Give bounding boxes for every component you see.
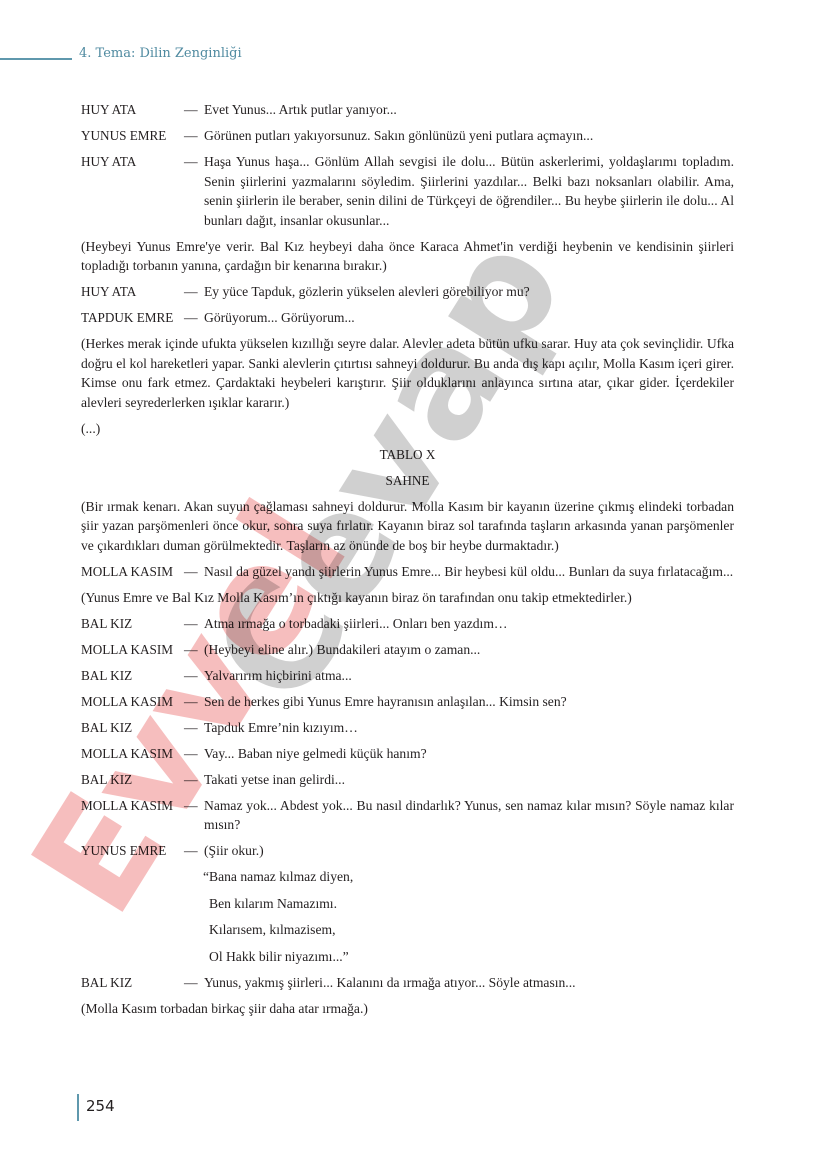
dialogue-text: Haşa Yunus haşa... Gönlüm Allah sevgisi …: [204, 152, 734, 230]
dialogue-text: Vay... Baban niye gelmedi küçük hanım?: [204, 744, 734, 764]
stage-direction: (Heybeyi Yunus Emre'ye verir. Bal Kız he…: [81, 237, 734, 276]
speaker-name: HUY ATA: [81, 100, 184, 120]
dialogue-line: BAL KIZ—Yalvarırım hiçbirini atma...: [81, 666, 734, 686]
dialogue-line: HUY ATA—Ey yüce Tapduk, gözlerin yüksele…: [81, 282, 734, 302]
dialogue-text: Yunus, yakmış şiirleri... Kalanını da ır…: [204, 973, 734, 993]
speaker-name: MOLLA KASIM: [81, 640, 184, 660]
dialogue-line: TAPDUK EMRE—Görüyorum... Görüyorum...: [81, 308, 734, 328]
dash: —: [184, 666, 204, 686]
dialogue-text: Evet Yunus... Artık putlar yanıyor...: [204, 100, 734, 120]
speaker-name: BAL KIZ: [81, 770, 184, 790]
dash: —: [184, 744, 204, 764]
dash: —: [184, 718, 204, 738]
dialogue-line: MOLLA KASIM—Nasıl da güzel yandı şiirler…: [81, 562, 734, 582]
speaker-name: MOLLA KASIM: [81, 562, 184, 582]
dash: —: [184, 126, 204, 146]
dash: —: [184, 282, 204, 302]
dash: —: [184, 841, 204, 861]
dialogue-line: MOLLA KASIM—(Heybeyi eline alır.) Bundak…: [81, 640, 734, 660]
play-text: HUY ATA—Evet Yunus... Artık putlar yanıy…: [81, 100, 734, 1025]
dash: —: [184, 796, 204, 835]
dialogue-line: HUY ATA—Evet Yunus... Artık putlar yanıy…: [81, 100, 734, 120]
speaker-name: YUNUS EMRE: [81, 126, 184, 146]
dialogue-text: Atma ırmağa o torbadaki şiirleri... Onla…: [204, 614, 734, 634]
dialogue-text: Nasıl da güzel yandı şiirlerin Yunus Emr…: [204, 562, 734, 582]
dialogue-line: BAL KIZ—Tapduk Emre’nin kızıyım…: [81, 718, 734, 738]
chapter-title: 4. Tema: Dilin Zenginliği: [79, 46, 242, 61]
dialogue-line: BAL KIZ—Takati yetse inan gelirdi...: [81, 770, 734, 790]
speaker-name: MOLLA KASIM: [81, 692, 184, 712]
speaker-name: BAL KIZ: [81, 666, 184, 686]
dialogue-text: Namaz yok... Abdest yok... Bu nasıl dind…: [204, 796, 734, 835]
speaker-name: BAL KIZ: [81, 973, 184, 993]
stage-direction: (Bir ırmak kenarı. Akan suyun çağlaması …: [81, 497, 734, 556]
page-number: 254: [86, 1097, 115, 1115]
dialogue-text: Yalvarırım hiçbirini atma...: [204, 666, 734, 686]
dialogue-line: BAL KIZ—Atma ırmağa o torbadaki şiirleri…: [81, 614, 734, 634]
dialogue-line: MOLLA KASIM—Namaz yok... Abdest yok... B…: [81, 796, 734, 835]
dialogue-text: Ey yüce Tapduk, gözlerin yükselen alevle…: [204, 282, 734, 302]
scene-heading: TABLO X: [81, 445, 734, 465]
speaker-name: BAL KIZ: [81, 718, 184, 738]
speaker-name: BAL KIZ: [81, 614, 184, 634]
dialogue-line: BAL KIZ—Yunus, yakmış şiirleri... Kalanı…: [81, 973, 734, 993]
dash: —: [184, 640, 204, 660]
page-number-rule: [77, 1094, 79, 1121]
dialogue-line: MOLLA KASIM—Sen de herkes gibi Yunus Emr…: [81, 692, 734, 712]
dash: —: [184, 614, 204, 634]
dash: —: [184, 692, 204, 712]
speaker-name: TAPDUK EMRE: [81, 308, 184, 328]
dialogue-line: HUY ATA—Haşa Yunus haşa... Gönlüm Allah …: [81, 152, 734, 230]
dialogue-text: Tapduk Emre’nin kızıyım…: [204, 718, 734, 738]
dash: —: [184, 562, 204, 582]
dash: —: [184, 308, 204, 328]
stage-direction: (Herkes merak içinde ufukta yükselen kız…: [81, 334, 734, 412]
verse-line: Kılarısem, kılmazisem,: [81, 920, 734, 940]
dialogue-line: YUNUS EMRE—Görünen putları yakıyorsunuz.…: [81, 126, 734, 146]
verse-line: Ben kılarım Namazımı.: [81, 894, 734, 914]
dialogue-line: YUNUS EMRE—(Şiir okur.): [81, 841, 734, 861]
speaker-name: MOLLA KASIM: [81, 744, 184, 764]
stage-direction: (Yunus Emre ve Bal Kız Molla Kasım’ın çı…: [81, 588, 734, 608]
dialogue-text: (Heybeyi eline alır.) Bundakileri atayım…: [204, 640, 734, 660]
stage-direction: (Molla Kasım torbadan birkaç şiir daha a…: [81, 999, 734, 1019]
speaker-name: YUNUS EMRE: [81, 841, 184, 861]
dash: —: [184, 152, 204, 230]
verse-line: “Bana namaz kılmaz diyen,: [81, 867, 734, 887]
speaker-name: MOLLA KASIM: [81, 796, 184, 835]
dialogue-text: Görünen putları yakıyorsunuz. Sakın gönl…: [204, 126, 734, 146]
dash: —: [184, 770, 204, 790]
stage-direction: (...): [81, 419, 734, 439]
dash: —: [184, 100, 204, 120]
dialogue-line: MOLLA KASIM—Vay... Baban niye gelmedi kü…: [81, 744, 734, 764]
dialogue-text: (Şiir okur.): [204, 841, 734, 861]
verse-line: Ol Hakk bilir niyazımı...”: [81, 947, 734, 967]
dash: —: [184, 973, 204, 993]
header-rule: [0, 58, 72, 60]
speaker-name: HUY ATA: [81, 152, 184, 230]
dialogue-text: Sen de herkes gibi Yunus Emre hayranısın…: [204, 692, 734, 712]
dialogue-text: Görüyorum... Görüyorum...: [204, 308, 734, 328]
dialogue-text: Takati yetse inan gelirdi...: [204, 770, 734, 790]
scene-heading: SAHNE: [81, 471, 734, 491]
speaker-name: HUY ATA: [81, 282, 184, 302]
